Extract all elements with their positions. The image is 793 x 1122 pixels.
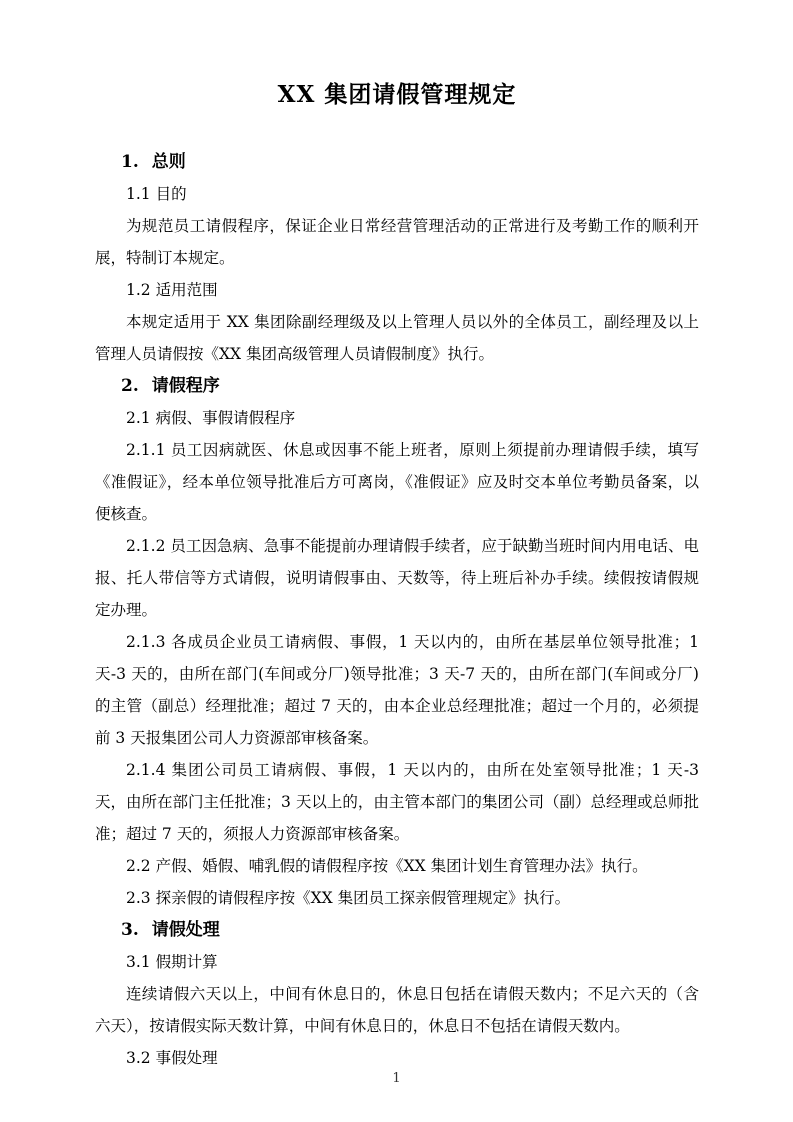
section-number: 3.	[121, 914, 139, 946]
subsection-heading-personal-leave-handling: 3.2 事假处理	[95, 1042, 699, 1074]
paragraph-2-1-4: 2.1.4 集团公司员工请病假、事假，1 天以内的，由所在处室领导批准；1 天-…	[95, 754, 699, 850]
subsection-heading-scope: 1.2 适用范围	[95, 274, 699, 306]
document-content: XX 集团请假管理规定 1.总则 1.1 目的 为规范员工请假程序，保证企业日常…	[95, 78, 699, 1074]
paragraph-2-3: 2.3 探亲假的请假程序按《XX 集团员工探亲假管理规定》执行。	[95, 882, 699, 914]
section-title: 请假处理	[152, 920, 220, 940]
paragraph-2-1-2: 2.1.2 员工因急病、急事不能提前办理请假手续者，应于缺勤当班时间内用电话、电…	[95, 530, 699, 626]
paragraph-2-1-3: 2.1.3 各成员企业员工请病假、事假，1 天以内的，由所在基层单位领导批准；1…	[95, 626, 699, 754]
paragraph-holiday-calc: 连续请假六天以上，中间有休息日的，休息日包括在请假天数内；不足六天的（含六天），…	[95, 978, 699, 1042]
subsection-heading-sick-personal-leave: 2.1 病假、事假请假程序	[95, 402, 699, 434]
subsection-heading-purpose: 1.1 目的	[95, 178, 699, 210]
subsection-heading-holiday-calc: 3.1 假期计算	[95, 946, 699, 978]
section-heading-handling: 3.请假处理	[95, 914, 699, 946]
paragraph-purpose: 为规范员工请假程序，保证企业日常经营管理活动的正常进行及考勤工作的顺利开展，特制…	[95, 210, 699, 274]
section-heading-procedure: 2.请假程序	[95, 370, 699, 402]
section-title: 请假程序	[152, 376, 220, 396]
document-title: XX 集团请假管理规定	[95, 78, 699, 112]
paragraph-2-1-1: 2.1.1 员工因病就医、休息或因事不能上班者，原则上须提前办理请假手续，填写《…	[95, 434, 699, 530]
document-page: XX 集团请假管理规定 1.总则 1.1 目的 为规范员工请假程序，保证企业日常…	[0, 0, 793, 1122]
section-heading-general: 1.总则	[95, 146, 699, 178]
paragraph-2-2: 2.2 产假、婚假、哺乳假的请假程序按《XX 集团计划生育管理办法》执行。	[95, 850, 699, 882]
section-number: 1.	[121, 146, 139, 178]
section-number: 2.	[121, 370, 139, 402]
paragraph-scope: 本规定适用于 XX 集团除副经理级及以上管理人员以外的全体员工，副经理及以上管理…	[95, 306, 699, 370]
page-number: 1	[0, 1071, 793, 1086]
section-title: 总则	[152, 152, 186, 172]
